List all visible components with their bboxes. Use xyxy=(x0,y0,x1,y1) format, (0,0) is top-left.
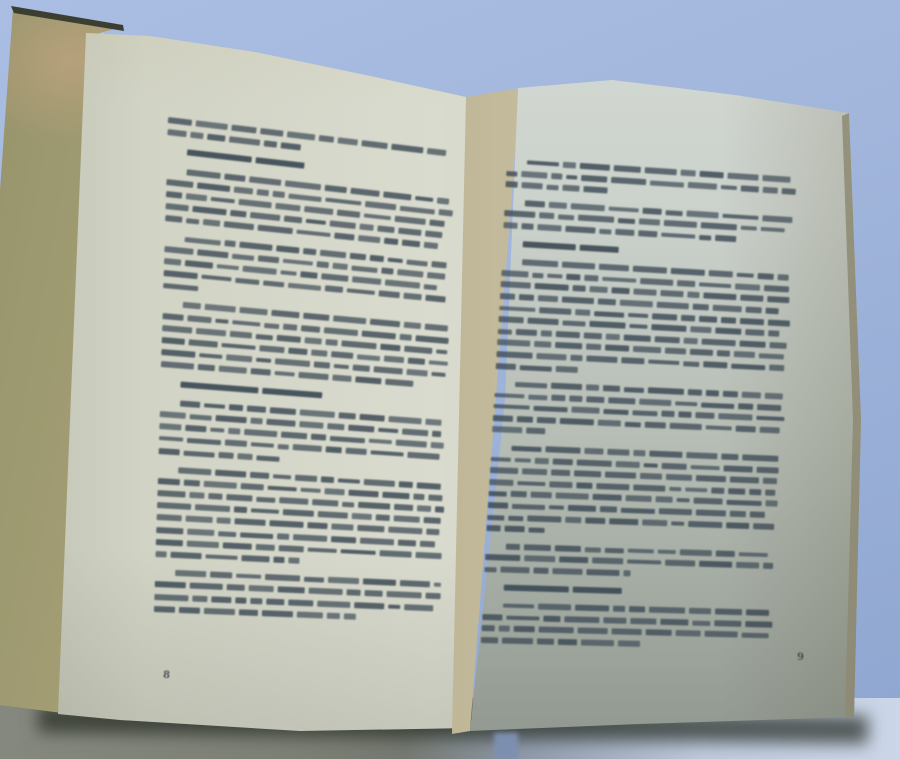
greeked-word xyxy=(256,544,275,550)
greeked-word xyxy=(166,191,182,198)
greeked-word xyxy=(162,337,186,344)
greeked-word xyxy=(526,428,546,434)
greeked-word xyxy=(428,495,442,501)
greeked-word xyxy=(250,212,281,221)
greeked-word xyxy=(325,286,343,293)
greeked-word xyxy=(262,387,322,398)
greeked-word xyxy=(759,353,784,359)
greeked-word xyxy=(360,414,385,421)
greeked-word xyxy=(623,571,630,577)
greeked-word xyxy=(163,270,197,279)
greeked-word xyxy=(330,436,366,443)
greeked-word xyxy=(348,425,375,432)
greeked-word xyxy=(417,506,432,512)
greeked-word xyxy=(726,522,749,528)
greeked-word xyxy=(277,533,289,539)
greeked-word xyxy=(184,450,215,457)
greeked-word xyxy=(394,504,413,510)
greeked-word xyxy=(431,443,444,449)
greeked-word xyxy=(489,479,513,486)
greeked-word xyxy=(615,229,634,235)
greeked-word xyxy=(496,351,532,358)
greeked-word xyxy=(703,361,728,368)
greeked-word xyxy=(539,307,572,314)
paragraph-block xyxy=(507,156,799,191)
greeked-word xyxy=(579,244,618,252)
greeked-word xyxy=(357,525,385,532)
greeked-word xyxy=(312,499,339,506)
greeked-word xyxy=(541,330,553,336)
greeked-word xyxy=(741,185,759,191)
greeked-word xyxy=(383,191,411,199)
greeked-word xyxy=(283,324,297,330)
greeked-word xyxy=(317,261,329,268)
greeked-word xyxy=(198,365,216,372)
greeked-word xyxy=(232,125,257,133)
greeked-word xyxy=(398,539,417,546)
greeked-word xyxy=(384,356,404,363)
greeked-word xyxy=(211,596,232,602)
greeked-word xyxy=(565,516,581,522)
greeked-word xyxy=(349,253,366,260)
greeked-word xyxy=(399,481,413,488)
greeked-word xyxy=(503,222,517,228)
greeked-word xyxy=(687,389,701,395)
greeked-word xyxy=(185,193,207,200)
greeked-word xyxy=(549,481,572,488)
greeked-word xyxy=(279,545,305,552)
greeked-word xyxy=(434,582,441,587)
greeked-word xyxy=(741,295,764,302)
greeked-word xyxy=(413,494,424,500)
greeked-word xyxy=(633,347,662,354)
greeked-word xyxy=(326,613,339,619)
greeked-word xyxy=(288,599,313,605)
greeked-word xyxy=(364,479,395,486)
greeked-word xyxy=(735,426,756,432)
greeked-word xyxy=(342,341,377,349)
greeked-word xyxy=(762,215,792,222)
greeked-word xyxy=(203,219,221,226)
greeked-word xyxy=(585,547,601,552)
greeked-word xyxy=(167,129,187,137)
greeked-word xyxy=(256,496,275,502)
greeked-word xyxy=(603,385,621,392)
greeked-word xyxy=(241,483,264,489)
greeked-word xyxy=(404,322,421,329)
greeked-word xyxy=(517,480,545,486)
greeked-word xyxy=(179,607,200,614)
greeked-word xyxy=(649,607,685,613)
greeked-word xyxy=(208,134,226,141)
greeked-word xyxy=(488,502,508,508)
greeked-word xyxy=(660,619,689,625)
greeked-word xyxy=(277,444,289,450)
greeked-word xyxy=(369,438,391,444)
greeked-word xyxy=(360,538,395,545)
greeked-word xyxy=(769,365,784,371)
greeked-word xyxy=(311,350,328,357)
greeked-word xyxy=(187,150,252,163)
greeked-word xyxy=(199,353,222,360)
greeked-word xyxy=(727,173,758,181)
greeked-word xyxy=(370,255,384,261)
greeked-word xyxy=(659,509,691,515)
greeked-word xyxy=(218,452,234,458)
greeked-word xyxy=(224,222,254,231)
greeked-word xyxy=(549,505,564,510)
greeked-word xyxy=(762,175,790,182)
greeked-word xyxy=(346,288,374,295)
greeked-word xyxy=(354,602,384,609)
greeked-word xyxy=(157,502,191,510)
greeked-word xyxy=(431,372,446,378)
greeked-word xyxy=(665,209,683,215)
greeked-word xyxy=(695,412,714,419)
greeked-word xyxy=(224,440,246,447)
greeked-word xyxy=(162,325,192,333)
greeked-word xyxy=(334,233,355,241)
greeked-word xyxy=(573,286,586,292)
greeked-word xyxy=(515,382,547,389)
greeked-word xyxy=(687,452,718,459)
greeked-word xyxy=(514,627,534,633)
greeked-word xyxy=(597,483,630,490)
greeked-word xyxy=(424,324,448,332)
greeked-word xyxy=(505,526,525,532)
paragraph-block xyxy=(507,378,799,436)
greeked-word xyxy=(230,331,252,338)
greeked-word xyxy=(260,128,284,136)
greeked-word xyxy=(408,358,425,365)
greeked-word xyxy=(558,639,577,645)
greeked-word xyxy=(520,364,552,371)
greeked-word xyxy=(282,258,313,266)
greeked-word xyxy=(162,313,183,320)
greeked-word xyxy=(577,459,612,466)
greeked-word xyxy=(661,411,675,417)
greeked-word xyxy=(425,295,445,302)
greeked-word xyxy=(491,456,511,462)
greeked-word xyxy=(324,185,347,193)
greeked-word xyxy=(763,564,773,569)
greeked-word xyxy=(344,613,356,619)
greeked-word xyxy=(535,284,569,291)
greeked-word xyxy=(239,241,273,250)
greeked-word xyxy=(551,173,562,179)
greeked-word xyxy=(578,628,608,634)
greeked-word xyxy=(161,350,196,358)
greeked-word xyxy=(341,549,376,556)
greeked-word xyxy=(699,171,723,178)
greeked-word xyxy=(331,351,353,358)
greeked-word xyxy=(333,375,351,382)
greeked-word xyxy=(387,257,402,263)
greeked-word xyxy=(532,272,544,278)
greeked-word xyxy=(370,319,400,327)
greeked-word xyxy=(608,397,636,404)
greeked-word xyxy=(218,530,236,536)
greeked-word xyxy=(497,340,530,347)
greeked-word xyxy=(400,334,412,340)
greeked-word xyxy=(567,274,581,281)
greeked-word xyxy=(235,277,259,284)
greeked-word xyxy=(730,511,746,517)
greeked-word xyxy=(351,265,378,273)
greeked-word xyxy=(230,210,247,217)
greeked-word xyxy=(276,335,301,342)
greeked-word xyxy=(584,275,599,281)
greeked-word xyxy=(189,340,218,348)
greeked-word xyxy=(370,450,404,457)
greeked-word xyxy=(632,410,657,416)
greeked-word xyxy=(482,626,495,632)
greeked-word xyxy=(494,392,524,398)
greeked-word xyxy=(355,377,382,384)
greeked-word xyxy=(210,572,232,578)
greeked-word xyxy=(358,502,390,510)
greeked-word xyxy=(346,590,360,596)
greeked-word xyxy=(565,226,595,233)
greeked-word xyxy=(287,131,315,140)
greeked-word xyxy=(197,249,229,258)
greeked-word xyxy=(288,193,322,202)
greeked-word xyxy=(187,315,212,323)
greeked-word xyxy=(250,442,273,448)
greeked-word xyxy=(694,498,722,505)
greeked-word xyxy=(593,494,622,501)
greeked-word xyxy=(186,218,200,224)
greeked-word xyxy=(607,449,629,455)
greeked-word xyxy=(204,481,237,488)
greeked-word xyxy=(219,366,247,373)
greeked-word xyxy=(293,534,328,542)
greeked-word xyxy=(325,447,342,453)
greeked-word xyxy=(603,409,628,415)
greeked-word xyxy=(594,310,625,317)
greeked-word xyxy=(184,480,200,486)
greeked-word xyxy=(506,615,539,621)
greeked-word xyxy=(232,319,260,326)
greeked-word xyxy=(722,454,739,460)
greeked-word xyxy=(554,545,581,551)
greeked-word xyxy=(427,272,446,280)
greeked-word xyxy=(640,473,662,479)
greeked-word xyxy=(229,137,260,146)
greeked-word xyxy=(562,262,596,270)
greeked-word xyxy=(270,407,295,414)
greeked-word xyxy=(536,353,566,360)
greeked-word xyxy=(700,223,736,231)
greeked-word xyxy=(519,294,534,301)
greeked-word xyxy=(249,176,281,185)
greeked-word xyxy=(546,184,558,190)
greeked-word xyxy=(612,629,642,635)
greeked-word xyxy=(618,218,635,224)
greeked-word xyxy=(337,478,360,484)
greeked-word xyxy=(238,453,253,459)
greeked-word xyxy=(699,282,731,289)
greeked-word xyxy=(649,451,683,458)
greeked-word xyxy=(768,297,790,304)
greeked-word xyxy=(232,253,254,260)
greeked-word xyxy=(516,329,537,336)
greeked-word xyxy=(645,167,677,175)
greeked-word xyxy=(382,267,394,274)
greeked-word xyxy=(630,618,656,624)
paragraph-block xyxy=(168,566,456,615)
greeked-word xyxy=(337,210,360,218)
greeked-word xyxy=(328,577,359,584)
greeked-word xyxy=(655,336,680,342)
greeked-word xyxy=(364,201,396,210)
greeked-word xyxy=(304,206,334,214)
greeked-word xyxy=(417,482,441,489)
greeked-word xyxy=(227,585,246,591)
greeked-word xyxy=(717,351,730,357)
greeked-word xyxy=(723,213,759,220)
greeked-word xyxy=(308,547,337,553)
greeked-word xyxy=(551,383,582,390)
greeked-word xyxy=(535,458,549,464)
greeked-word xyxy=(721,317,737,323)
greeked-word xyxy=(621,357,644,363)
greeked-word xyxy=(235,597,247,603)
greeked-word xyxy=(620,300,653,308)
greeked-word xyxy=(424,518,441,524)
greeked-word xyxy=(586,384,599,390)
greeked-word xyxy=(586,344,601,350)
greeked-word xyxy=(741,632,768,638)
greeked-word xyxy=(760,227,784,233)
greeked-word xyxy=(490,467,518,474)
greeked-word xyxy=(504,584,569,592)
greeked-word xyxy=(189,583,223,590)
greeked-word xyxy=(432,431,441,437)
greeked-word xyxy=(258,225,294,234)
greeked-word xyxy=(643,462,657,467)
greeked-word xyxy=(175,570,206,577)
greeked-word xyxy=(633,289,656,296)
greeked-word xyxy=(185,425,206,432)
greeked-word xyxy=(183,302,202,309)
greeked-word xyxy=(652,313,677,319)
greeked-word xyxy=(425,231,442,238)
greeked-word xyxy=(529,394,548,400)
greeked-word xyxy=(239,308,268,316)
greeked-word xyxy=(525,200,545,207)
greeked-word xyxy=(527,160,559,167)
greeked-word xyxy=(695,476,726,483)
greeked-word xyxy=(627,548,653,554)
greeked-word xyxy=(156,527,184,534)
greeked-word xyxy=(283,510,315,517)
greeked-word xyxy=(435,507,444,513)
greeked-word xyxy=(764,285,789,292)
greeked-word xyxy=(333,263,348,270)
greeked-word xyxy=(537,224,561,231)
greeked-word xyxy=(702,402,734,408)
greeked-word xyxy=(628,312,648,318)
greeked-word xyxy=(681,314,695,321)
greeked-word xyxy=(402,240,421,247)
greeked-word xyxy=(208,493,223,499)
greeked-word xyxy=(424,243,438,249)
greeked-word xyxy=(195,505,230,512)
greeked-word xyxy=(556,331,580,337)
greeked-word xyxy=(264,141,278,148)
greeked-word xyxy=(656,302,688,309)
greeked-word xyxy=(521,171,547,178)
greeked-word xyxy=(244,429,277,437)
greeked-word xyxy=(573,586,622,593)
greeked-word xyxy=(715,328,742,335)
greeked-word xyxy=(508,515,523,521)
greeked-word xyxy=(521,223,533,229)
greeked-word xyxy=(307,523,328,530)
greeked-word xyxy=(234,187,253,194)
greeked-word xyxy=(256,357,271,363)
greeked-word xyxy=(768,330,779,336)
greeked-word xyxy=(160,411,186,419)
greeked-word xyxy=(379,427,399,433)
greeked-word xyxy=(726,500,761,506)
greeked-word xyxy=(250,418,263,425)
greeked-word xyxy=(487,525,502,531)
greeked-word xyxy=(165,203,188,211)
greeked-word xyxy=(259,346,284,353)
greeked-word xyxy=(499,626,510,632)
greeked-word xyxy=(388,604,401,609)
greeked-word xyxy=(164,258,181,265)
greeked-word xyxy=(766,490,776,496)
greeked-word xyxy=(503,603,534,609)
greeked-word xyxy=(498,316,523,323)
text-line xyxy=(484,582,776,602)
greeked-word xyxy=(204,403,225,409)
greeked-word xyxy=(407,452,440,460)
paragraph-block xyxy=(507,600,799,646)
greeked-word xyxy=(155,551,166,557)
greeked-word xyxy=(609,206,639,213)
greeked-word xyxy=(521,182,542,189)
greeked-word xyxy=(524,556,555,563)
greeked-word xyxy=(676,498,690,503)
greeked-word xyxy=(398,228,422,236)
greeked-word xyxy=(272,310,300,318)
greeked-word xyxy=(600,506,617,512)
greeked-word xyxy=(407,369,428,376)
greeked-word xyxy=(211,196,235,203)
greeked-word xyxy=(301,325,321,332)
greeked-word xyxy=(765,393,783,400)
greeked-word xyxy=(587,396,605,402)
greeked-word xyxy=(338,138,359,146)
greeked-word xyxy=(757,273,773,280)
greeked-word xyxy=(500,567,530,574)
greeked-word xyxy=(584,332,602,338)
greeked-word xyxy=(250,472,270,479)
greeked-word xyxy=(584,448,604,454)
greeked-word xyxy=(648,359,680,365)
greeked-word xyxy=(562,162,575,168)
greeked-word xyxy=(226,494,252,501)
greeked-word xyxy=(723,391,738,397)
greeked-word xyxy=(382,492,409,499)
greeked-word xyxy=(693,620,711,625)
greeked-word xyxy=(663,220,696,228)
greeked-word xyxy=(228,428,241,434)
